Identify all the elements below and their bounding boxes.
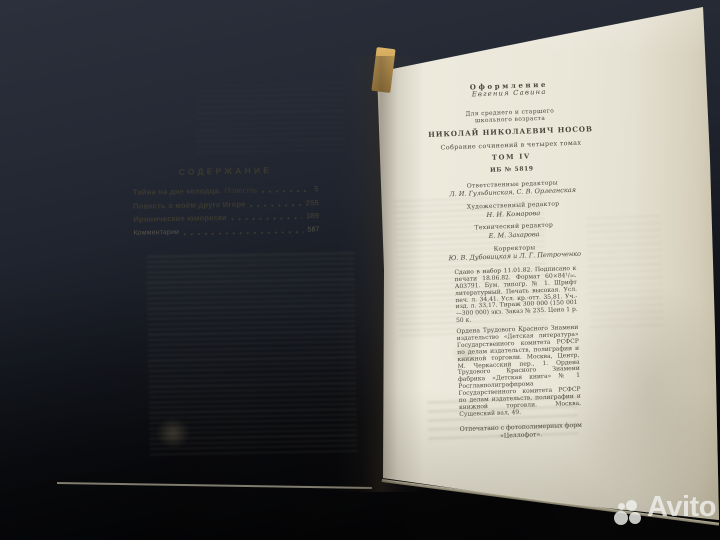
toc-row: Повесть о моём друге Игоре 255	[133, 198, 319, 211]
toc-row: Тайна на дне колодца. Повесть 5	[133, 184, 319, 197]
colophon: Оформление Евгения Савина Для среднего и…	[418, 79, 612, 442]
toc-title: Иронические юморески	[133, 213, 227, 224]
toc-row: Иронические юморески 389	[133, 211, 319, 224]
book-photo-scene: СОДЕРЖАНИЕ Тайна на дне колодца. Повесть…	[0, 0, 720, 540]
publisher-paragraph: Ордена Трудового Красного Знамени издате…	[456, 325, 581, 419]
edition-line: Собрание сочинений в четырех томах	[420, 138, 602, 152]
toc-page-number: 255	[306, 198, 319, 207]
author-name: НИКОЛАЙ НИКОЛАЕВИЧ НОСОВ	[419, 125, 601, 140]
toc-title: Тайна на дне колодца.	[133, 186, 222, 197]
page-stain	[156, 418, 190, 448]
toc-page-number: 587	[307, 225, 319, 234]
volume-label: ТОМ IV	[420, 151, 602, 165]
toc-leader-dots	[250, 199, 302, 208]
show-through-text	[195, 83, 346, 158]
toc-page-number: 5	[314, 184, 319, 193]
toc-page-number: 389	[306, 211, 319, 220]
toc-title: Повесть о моём друге Игоре	[133, 199, 246, 210]
ib-number: ИБ № 5819	[421, 164, 603, 177]
toc-leader-dots	[183, 226, 303, 236]
toc-heading: СОДЕРЖАНИЕ	[132, 164, 318, 178]
avito-logo-icon	[629, 512, 641, 524]
toc-title: Комментарии	[133, 227, 179, 237]
toc-leader-dots	[261, 185, 310, 194]
show-through-text	[146, 250, 358, 459]
toc-row: Комментарии 587	[133, 225, 319, 238]
table-of-contents: СОДЕРЖАНИЕ Тайна на дне колодца. Повесть…	[132, 164, 319, 242]
avito-logo-icon	[614, 511, 628, 525]
imprint-paragraph: Сдано в набор 11.01.82. Подписано к печа…	[454, 266, 578, 325]
toc-subtitle: Повесть	[224, 185, 257, 195]
toc-leader-dots	[231, 213, 302, 222]
